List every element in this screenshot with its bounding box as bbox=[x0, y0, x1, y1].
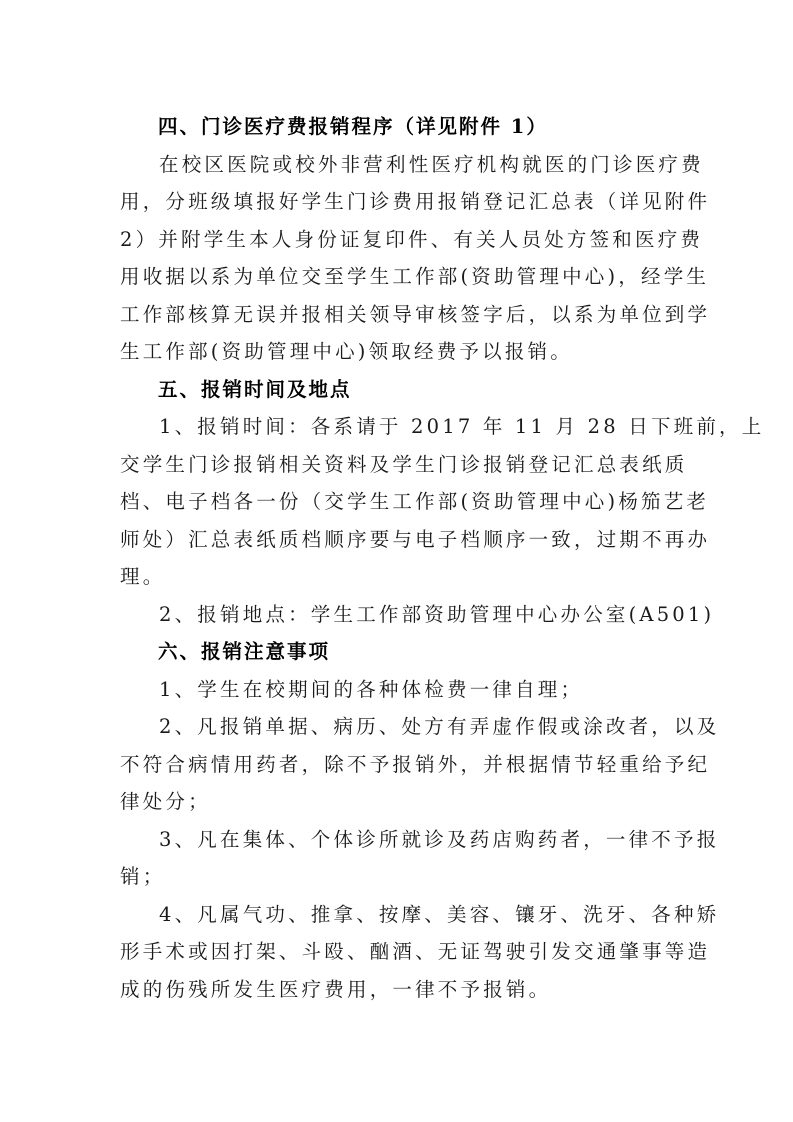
paragraph-line: 2）并附学生本人身份证复印件、有关人员处方签和医疗费 bbox=[120, 221, 676, 259]
section-heading: 四、门诊医疗费报销程序（详见附件 1） bbox=[120, 108, 676, 146]
paragraph-line: 成的伤残所发生医疗费用，一律不予报销。 bbox=[120, 971, 676, 1009]
paragraph-line: 3、凡在集体、个体诊所就诊及药店购药者，一律不予报 bbox=[120, 821, 676, 859]
paragraph-line: 销； bbox=[120, 858, 676, 896]
paragraph-line: 用，分班级填报好学生门诊费用报销登记汇总表（详见附件 bbox=[120, 183, 676, 221]
section-outpatient-procedure: 四、门诊医疗费报销程序（详见附件 1） 在校区医院或校外非营利性医疗机构就医的门… bbox=[120, 108, 676, 371]
paragraph-line: 在校区医院或校外非营利性医疗机构就医的门诊医疗费 bbox=[120, 146, 676, 184]
paragraph-line: 形手术或因打架、斗殴、酗酒、无证驾驶引发交通肇事等造 bbox=[120, 933, 676, 971]
paragraph-line: 用收据以系为单位交至学生工作部(资助管理中心)，经学生 bbox=[120, 258, 676, 296]
paragraph-line: 交学生门诊报销相关资料及学生门诊报销登记汇总表纸质 bbox=[120, 446, 676, 484]
paragraph-line: 理。 bbox=[120, 558, 676, 596]
paragraph-line: 不符合病情用药者，除不予报销外，并根据情节轻重给予纪 bbox=[120, 746, 676, 784]
section-notes: 六、报销注意事项 1、学生在校期间的各种体检费一律自理； 2、凡报销单据、病历、… bbox=[120, 633, 676, 1008]
document-page: 四、门诊医疗费报销程序（详见附件 1） 在校区医院或校外非营利性医疗机构就医的门… bbox=[120, 108, 676, 1008]
paragraph-line: 工作部核算无误并报相关领导审核签字后，以系为单位到学 bbox=[120, 296, 676, 334]
paragraph-line: 师处）汇总表纸质档顺序要与电子档顺序一致，过期不再办 bbox=[120, 521, 676, 559]
paragraph-line: 4、凡属气功、推拿、按摩、美容、镶牙、洗牙、各种矫 bbox=[120, 896, 676, 934]
paragraph-line: 律处分； bbox=[120, 783, 676, 821]
paragraph-line: 档、电子档各一份（交学生工作部(资助管理中心)杨笳艺老 bbox=[120, 483, 676, 521]
paragraph-line: 生工作部(资助管理中心)领取经费予以报销。 bbox=[120, 333, 676, 371]
paragraph-line: 2、凡报销单据、病历、处方有弄虚作假或涂改者，以及 bbox=[120, 708, 676, 746]
section-time-and-place: 五、报销时间及地点 1、报销时间：各系请于 2017 年 11 月 28 日下班… bbox=[120, 371, 676, 634]
section-heading: 六、报销注意事项 bbox=[120, 633, 676, 671]
paragraph-line: 1、报销时间：各系请于 2017 年 11 月 28 日下班前，上 bbox=[120, 408, 676, 446]
section-heading: 五、报销时间及地点 bbox=[120, 371, 676, 409]
paragraph-line: 2、报销地点：学生工作部资助管理中心办公室(A501) bbox=[120, 596, 676, 634]
paragraph-line: 1、学生在校期间的各种体检费一律自理； bbox=[120, 671, 676, 709]
